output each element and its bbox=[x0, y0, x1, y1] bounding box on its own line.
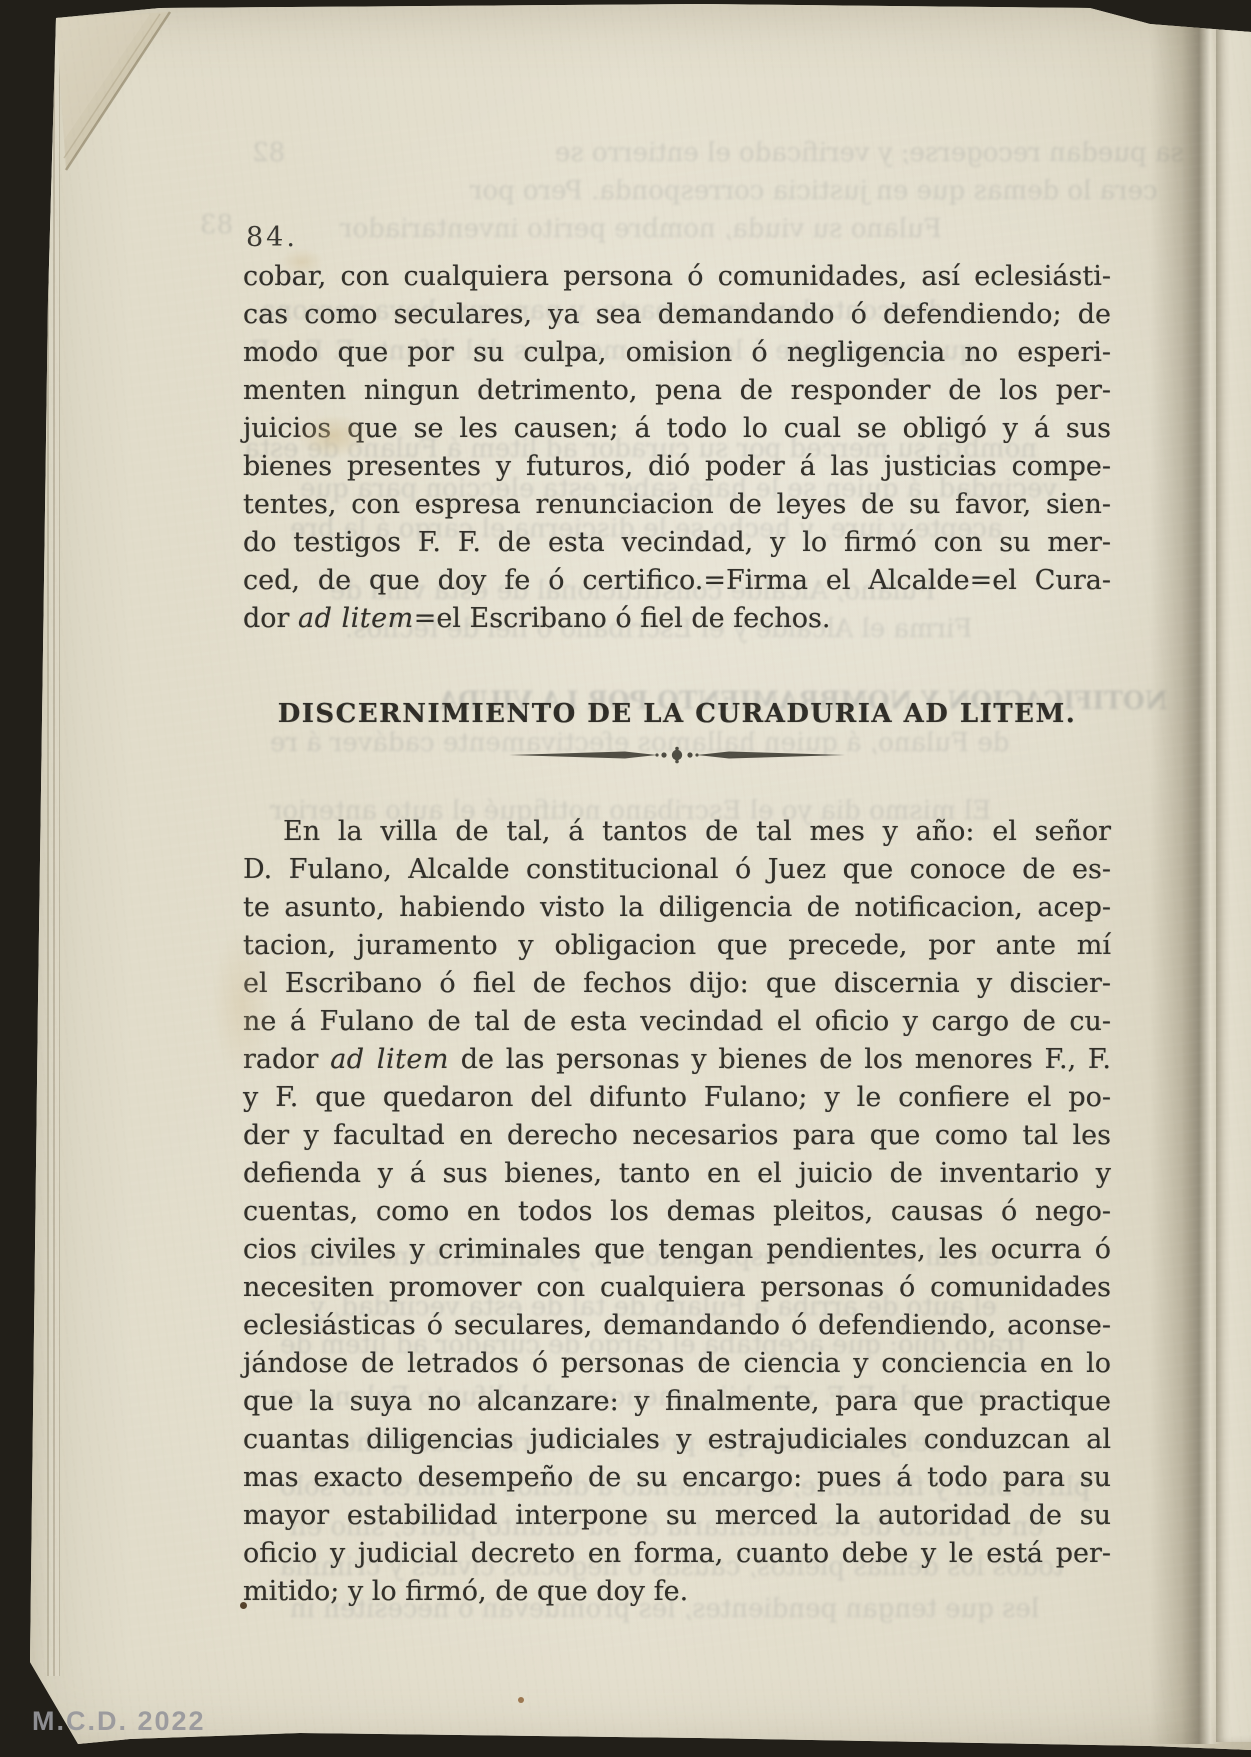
text-line: cios civiles y criminales que tengan pen… bbox=[243, 1231, 1111, 1269]
ink-speck bbox=[240, 1602, 247, 1609]
text-line: En la villa de tal, á tantos de tal mes … bbox=[243, 813, 1111, 851]
text-line: cuentas, como en todos los demas pleitos… bbox=[243, 1193, 1111, 1231]
text-line: defienda y á sus bienes, tanto en el jui… bbox=[243, 1155, 1111, 1193]
text-line: do testigos F. F. de esta vecindad, y lo… bbox=[243, 524, 1111, 562]
text-line: D. Fulano, Alcalde constitucional ó Juez… bbox=[243, 851, 1111, 889]
text-line: que la suya no alcanzare: y finalmente, … bbox=[243, 1383, 1111, 1421]
ornament-divider bbox=[243, 746, 1111, 768]
ghost-text-line: cera lo demas que en justicia correspond… bbox=[470, 176, 1157, 206]
ghost-text-line: sa puedan recogerse; y verificado el ent… bbox=[555, 138, 1184, 168]
watermark: M.C.D. 2022 bbox=[32, 1706, 206, 1737]
text-line: oficio y judicial decreto en forma, cuan… bbox=[243, 1535, 1111, 1573]
text-line: eclesiásticas ó seculares, demandando ó … bbox=[243, 1307, 1111, 1345]
text-line: ne á Fulano de tal de esta vecindad el o… bbox=[243, 1003, 1111, 1041]
text-line: der y facultad en derecho necesarios par… bbox=[243, 1117, 1111, 1155]
paragraph-continuation: cobar, con cualquiera persona ó comunida… bbox=[243, 258, 1111, 638]
text-line: tacion, juramento y obligacion que prece… bbox=[243, 927, 1111, 965]
text-line: jándose de letrados ó personas de cienci… bbox=[243, 1345, 1111, 1383]
text-line: el Escribano ó fiel de fechos dijo: que … bbox=[243, 965, 1111, 1003]
book-page: 8283sa puedan recogerse; y verificado el… bbox=[0, 0, 1251, 1757]
text-line: cuantas diligencias judiciales y estraju… bbox=[243, 1421, 1111, 1459]
page-gutter-crease bbox=[1150, 20, 1220, 1744]
text-line: dor ad litem=el Escribano ó fiel de fech… bbox=[243, 600, 1111, 638]
text-line: mitido; y lo firmó, de que doy fe. bbox=[243, 1573, 1111, 1611]
text-line: ced, de que doy fe ó certifico.=Firma el… bbox=[243, 562, 1111, 600]
text-line: te asunto, habiendo visto la diligencia … bbox=[243, 889, 1111, 927]
text-line: cas como seculares, ya sea demandando ó … bbox=[243, 296, 1111, 334]
text-line: y F. que quedaron del difunto Fulano; y … bbox=[243, 1079, 1111, 1117]
text-line: mayor estabilidad interpone su merced la… bbox=[243, 1497, 1111, 1535]
scanned-book-photo: 8283sa puedan recogerse; y verificado el… bbox=[0, 0, 1251, 1757]
text-line: rador ad litem de las personas y bienes … bbox=[243, 1041, 1111, 1079]
text-line: mas exacto desempeño de su encargo: pues… bbox=[243, 1459, 1111, 1497]
text-line: menten ningun detrimento, pena de respon… bbox=[243, 372, 1111, 410]
paper-speck bbox=[518, 1697, 524, 1703]
adjacent-page-edge bbox=[1216, 26, 1251, 1742]
text-line: cobar, con cualquiera persona ó comunida… bbox=[243, 258, 1111, 296]
paragraph-main: En la villa de tal, á tantos de tal mes … bbox=[243, 813, 1111, 1611]
text-line: bienes presentes y futuros, dió poder á … bbox=[243, 448, 1111, 486]
text-line: juicios que se les causen; á todo lo cua… bbox=[243, 410, 1111, 448]
ornament-flourish-icon bbox=[507, 746, 847, 764]
page-number: 84. bbox=[246, 222, 298, 253]
text-line: modo que por su culpa, omision ó neglige… bbox=[243, 334, 1111, 372]
text-line: tentes, con espresa renunciacion de leye… bbox=[243, 486, 1111, 524]
ghost-text-line: 83 bbox=[200, 210, 233, 240]
ghost-text-line: Fulano su viuda, nombre perito inventari… bbox=[340, 214, 942, 244]
section-heading: DISCERNIMIENTO DE LA CURADURIA AD LITEM. bbox=[243, 699, 1111, 729]
ghost-text-line: 82 bbox=[252, 138, 285, 168]
text-line: necesiten promover con cualquiera person… bbox=[243, 1269, 1111, 1307]
